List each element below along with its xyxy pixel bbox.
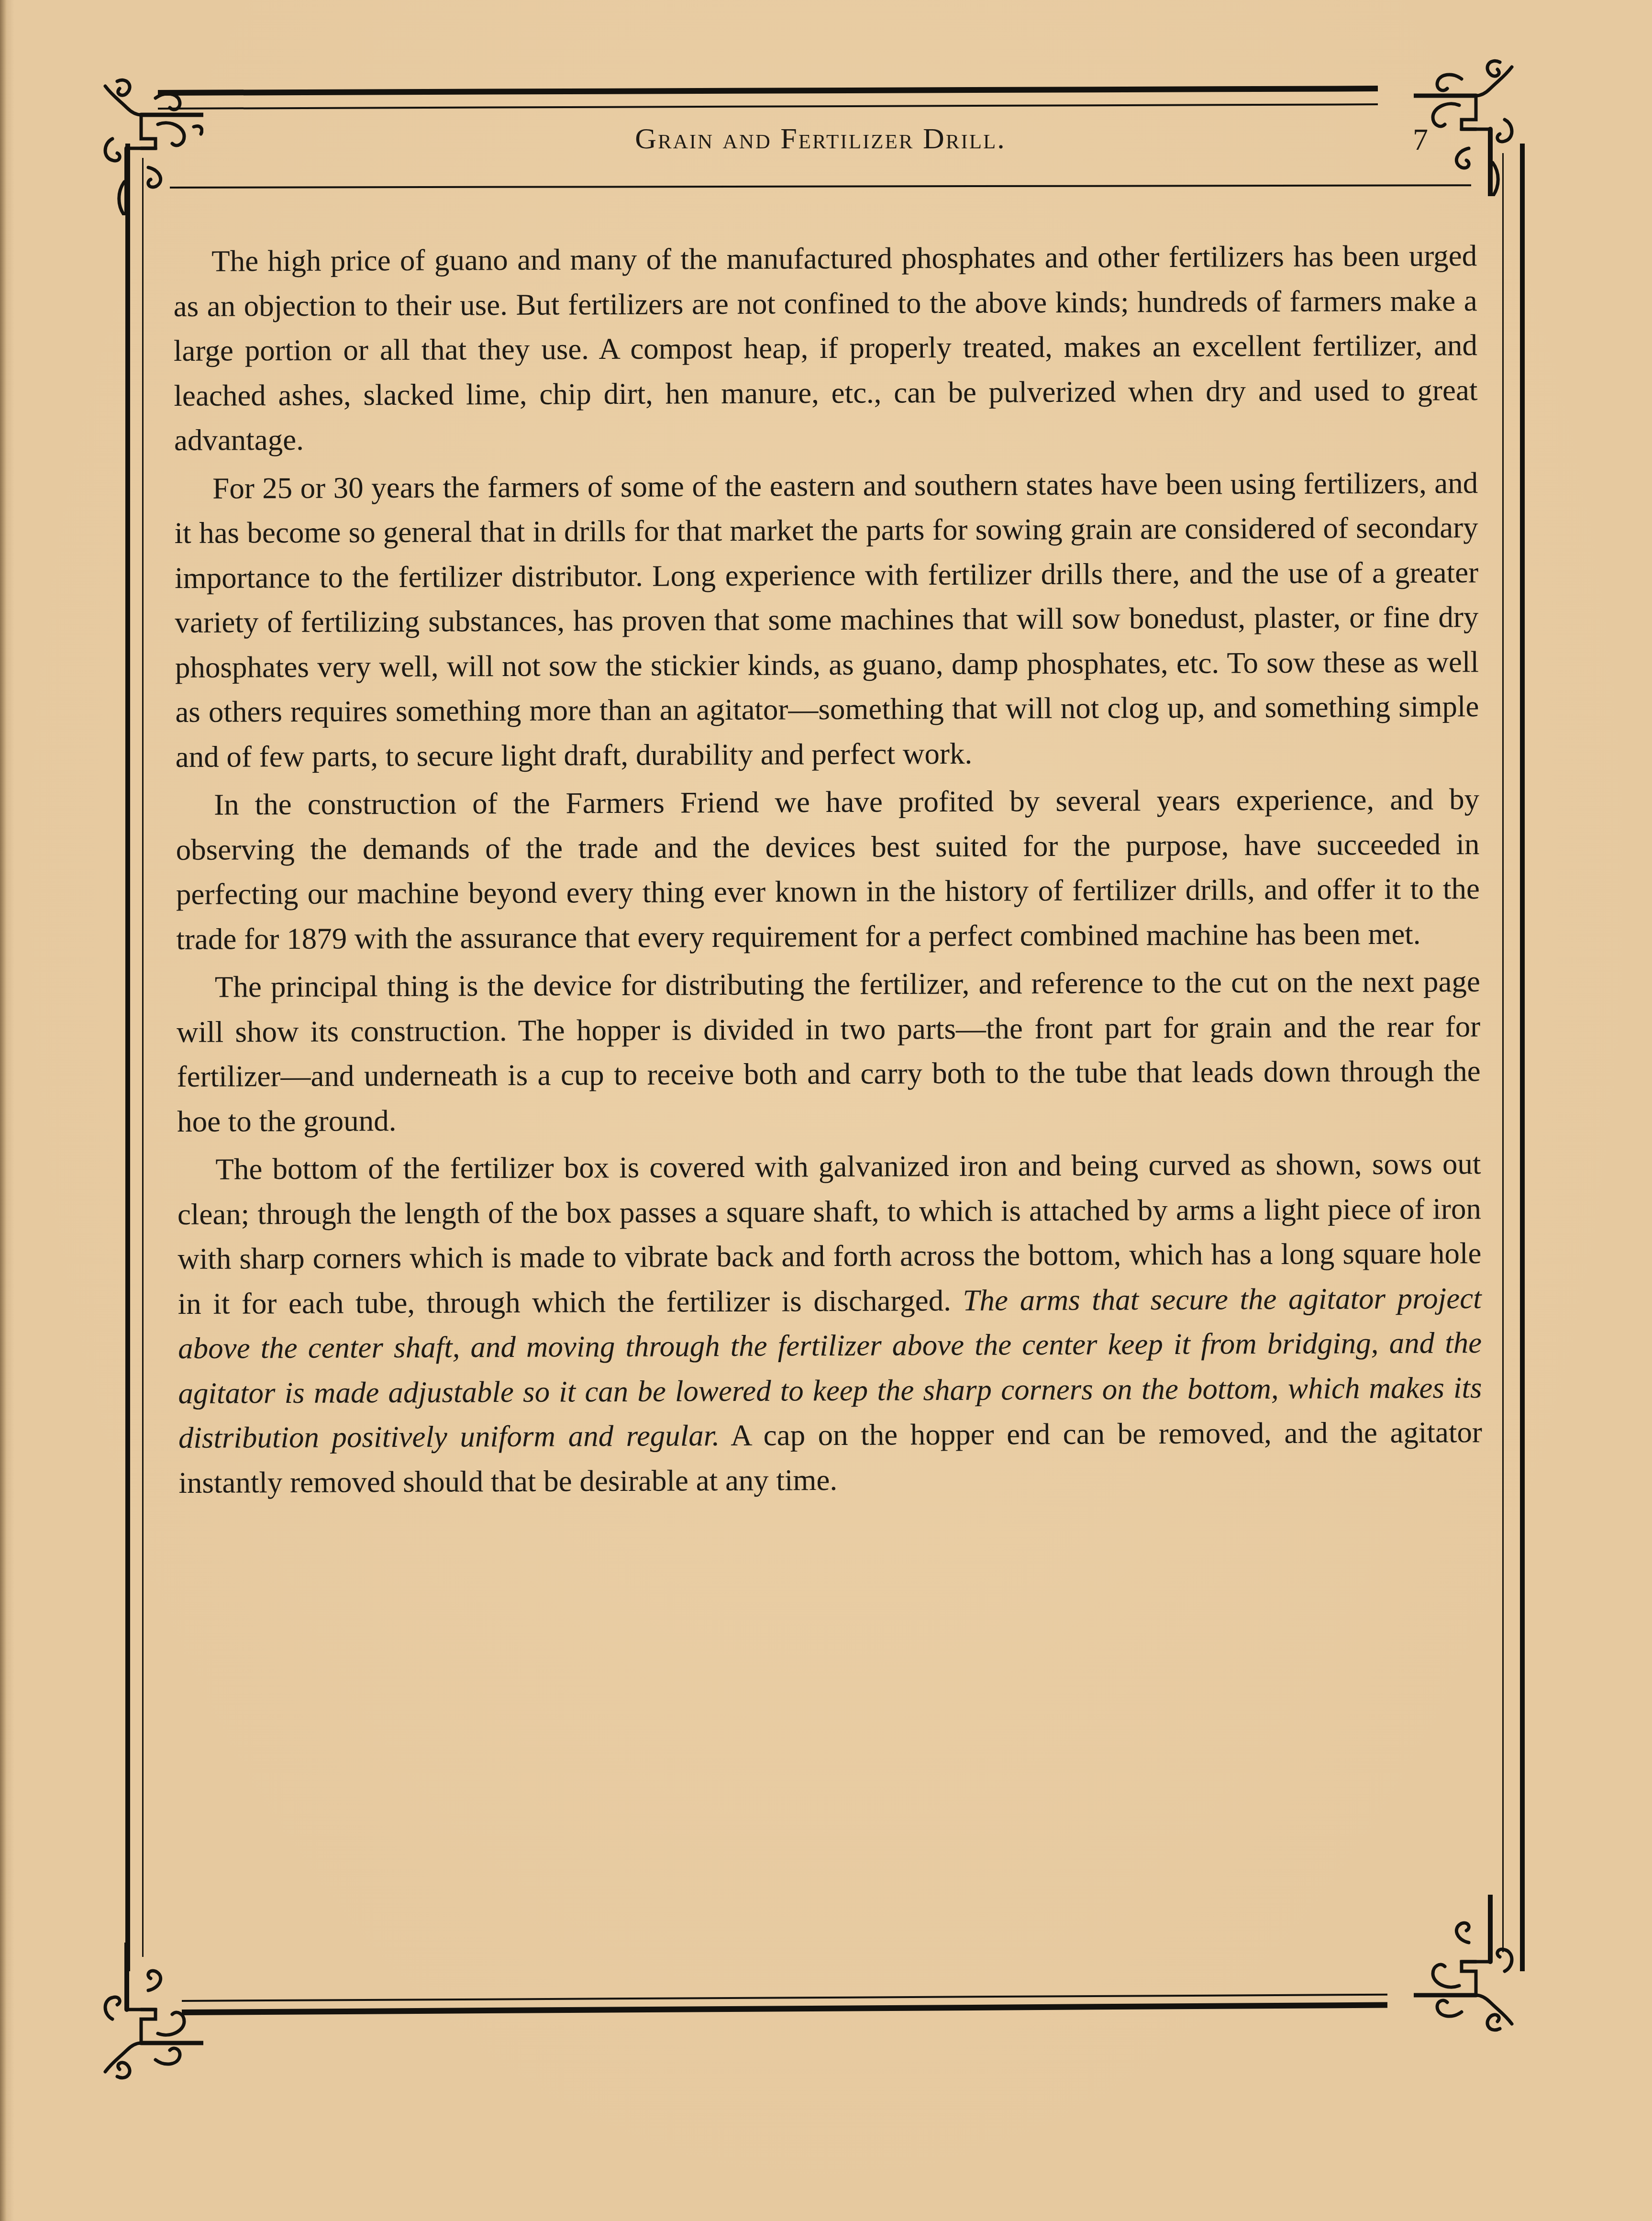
body-text: The high price of guano and many of the … [173, 233, 1483, 1509]
border-outer-top-rule [158, 86, 1378, 96]
page-number: 7 [1413, 122, 1428, 157]
paragraph-distributing-device: The principal thing is the device for di… [177, 959, 1481, 1144]
page-binding-edge [0, 0, 7, 2221]
border-inner-right-rule [1502, 153, 1504, 1952]
border-inner-top-rule [158, 103, 1378, 110]
paragraph-farmers-friend-construction: In the construction of the Farmers Frien… [176, 777, 1480, 962]
paragraph-guano-price: The high price of guano and many of the … [173, 233, 1478, 463]
border-inner-left-rule [142, 158, 144, 1957]
border-inner-bottom-rule [182, 1994, 1387, 2002]
running-header: Grain and Fertilizer Drill. 7 [170, 122, 1471, 170]
paragraph-eastern-southern-states: For 25 or 30 years the farmers of some o… [174, 461, 1479, 779]
header-underline-rule [170, 184, 1471, 189]
border-outer-bottom-rule [182, 2002, 1387, 2015]
running-title: Grain and Fertilizer Drill. [170, 122, 1471, 156]
border-outer-right-rule [1520, 144, 1525, 1971]
corner-flourish-icon [1414, 1895, 1524, 2038]
border-outer-left-rule [125, 144, 130, 1971]
corner-flourish-icon [93, 1943, 203, 2086]
paragraph-fertilizer-box-bottom: The bottom of the fertilizer box is cove… [177, 1142, 1482, 1505]
